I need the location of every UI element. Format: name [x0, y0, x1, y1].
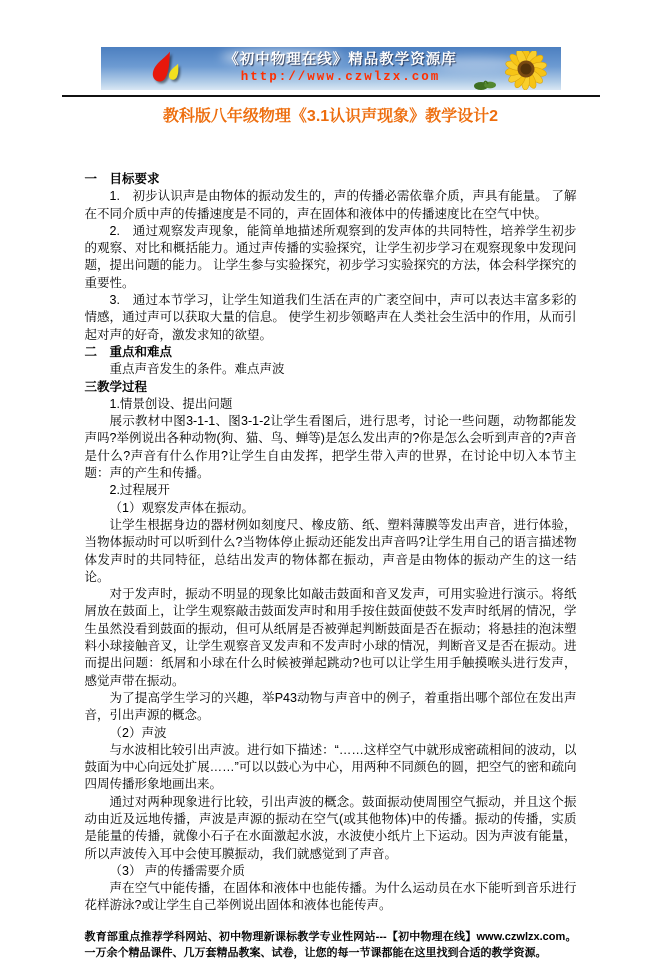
paragraph: 对于发声时，振动不明显的现象比如敲击鼓面和音叉发声，可用实验进行演示。将纸屑放在…	[85, 586, 577, 690]
paragraph: （2）声波	[85, 725, 577, 742]
paragraph: 2.过程展开	[85, 482, 577, 499]
paragraph: 1. 初步认识声是由物体的振动发生的，声的传播必需依靠介质，声具有能量。 了解在…	[85, 188, 577, 223]
document-body: 一 目标要求 1. 初步认识声是由物体的振动发生的，声的传播必需依靠介质，声具有…	[85, 171, 577, 915]
site-banner: 《初中物理在线》精品教学资源库 http://www.czwlzx.com	[101, 47, 561, 90]
section-heading: 一 目标要求	[85, 171, 577, 188]
sunflower-icon	[493, 51, 559, 90]
paragraph: 2. 通过观察发声现象，能简单地描述所观察到的发声体的共同特性，培养学生初步的观…	[85, 223, 577, 292]
paragraph: 与水波相比较引出声波。进行如下描述：“……这样空气中就形成密疏相间的波动，以鼓面…	[85, 742, 577, 794]
banner-text-block: 《初中物理在线》精品教学资源库 http://www.czwlzx.com	[196, 48, 486, 84]
paragraph: 让学生根据身边的器材例如刻度尺、橡皮筋、纸、塑料薄膜等发出声音，进行体验，当物体…	[85, 517, 577, 586]
paragraph: 通过对两种现象进行比较，引出声波的概念。鼓面振动使周围空气振动，并且这个振动由近…	[85, 794, 577, 863]
section-heading: 二 重点和难点	[85, 344, 577, 361]
paragraph: （1）观察发声体在振动。	[85, 500, 577, 517]
site-url[interactable]: http://www.czwlzx.com	[196, 70, 486, 84]
paragraph: 声在空气中能传播，在固体和液体中也能传播。为什么运动员在水下能听到音乐进行花样游…	[85, 880, 577, 915]
section-heading: 三教学过程	[85, 379, 577, 396]
footer-note: 教育部重点推荐学科网站、初中物理新课标教学专业性网站---【初中物理在线】www…	[85, 929, 577, 961]
page-title: 教科版八年级物理《3.1认识声现象》教学设计2	[0, 106, 661, 128]
paragraph: 1.情景创设、提出问题	[85, 396, 577, 413]
paragraph: 重点声音发生的条件。难点声波	[85, 361, 577, 378]
site-logo-flame-icon	[143, 50, 187, 88]
paragraph: 3. 通过本节学习，让学生知道我们生活在声的广袤空间中，声可以表达丰富多彩的情感…	[85, 292, 577, 344]
paragraph: 为了提高学生学习的兴趣，举P43动物与声音中的例子，着重指出哪个部位在发出声音，…	[85, 690, 577, 725]
document-page: 《初中物理在线》精品教学资源库 http://www.czwlzx.com	[0, 0, 661, 961]
paragraph: （3） 声的传播需要介质	[85, 863, 577, 880]
divider-line	[62, 95, 600, 97]
paragraph: 展示教材中图3-1-1、图3-1-2让学生看图后，进行思考，讨论一些问题，动物都…	[85, 413, 577, 482]
site-name: 《初中物理在线》精品教学资源库	[196, 48, 486, 69]
